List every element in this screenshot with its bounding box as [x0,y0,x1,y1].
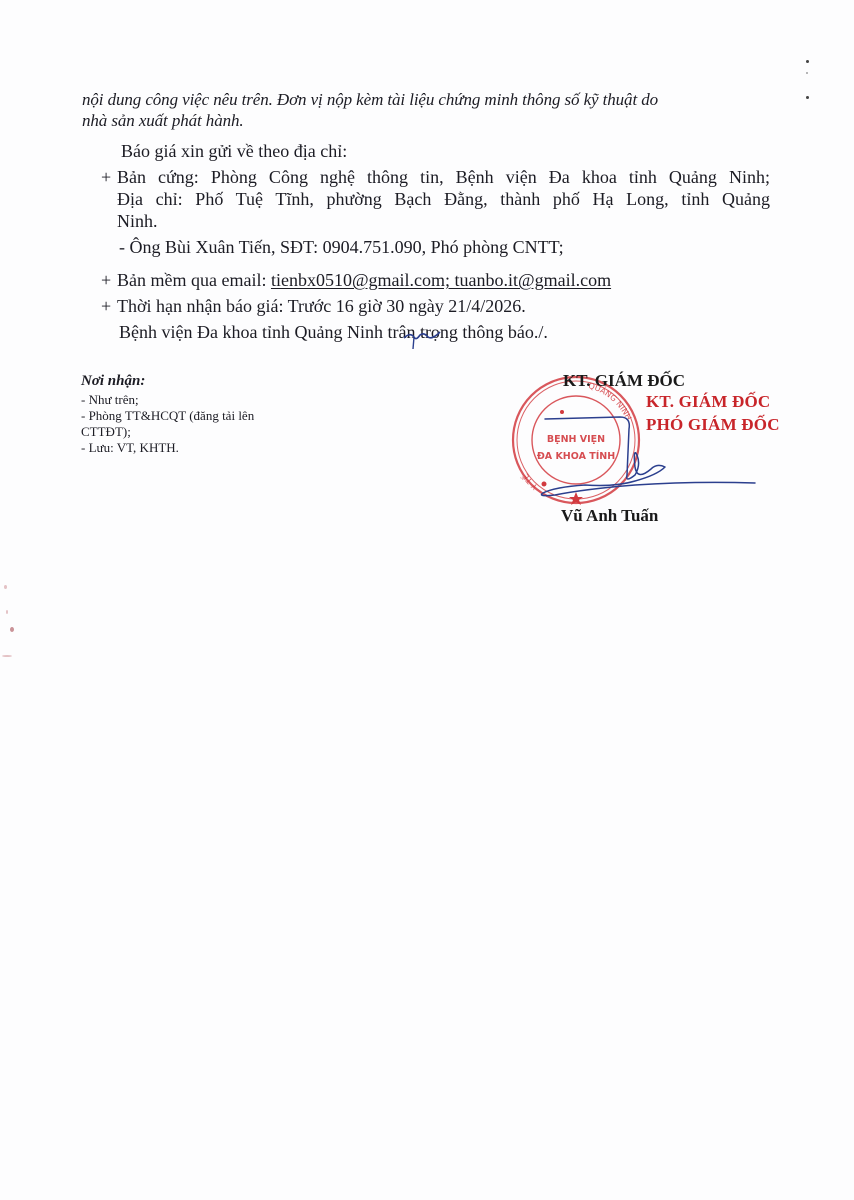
recipient-item: - Phòng TT&HCQT (đăng tải lên [81,408,311,424]
email-links[interactable]: tienbx0510@gmail.com; tuanbo.it@gmail.co… [271,270,611,290]
hard-copy-address: Bản cứng: Phòng Công nghệ thông tin, Bện… [117,166,770,232]
scan-speck [806,60,809,63]
soft-copy-line: Bản mềm qua email: tienbx0510@gmail.com;… [117,269,611,291]
recipient-item: - Lưu: VT, KHTH. [81,440,311,456]
intro-paragraph: nội dung công việc nêu trên. Đơn vị nộp … [82,89,782,131]
recipient-item: CTTĐT); [81,424,311,440]
hard-copy-line-2: Địa chỉ: Phố Tuệ Tĩnh, phường Bạch Đằng,… [117,188,770,210]
contact-person: - Ông Bùi Xuân Tiến, SĐT: 0904.751.090, … [119,236,564,258]
intro-line-2: nhà sản xuất phát hành. [82,110,782,131]
hard-copy-line-3: Ninh. [117,210,770,232]
closing-text: Bệnh viện Đa khoa tỉnh Quảng Ninh trân t… [119,321,548,343]
scan-speck [2,655,12,657]
intro-line-1: nội dung công việc nêu trên. Đơn vị nộp … [82,89,782,110]
scan-speck [806,96,809,99]
recipients-title: Nơi nhận: [81,373,145,390]
deadline-text: Thời hạn nhận báo giá: Trước 16 giờ 30 n… [117,295,526,317]
handwritten-signature-icon [525,405,765,500]
bullet-plus-icon: + [101,269,111,291]
soft-copy-label: Bản mềm qua email: [117,270,271,290]
signer-name: Vũ Anh Tuấn [561,506,658,526]
scan-speck [4,585,7,589]
scan-speck [806,72,808,74]
scan-speck [10,627,14,632]
initials-scribble-icon [402,328,442,350]
hard-copy-line-1: Bản cứng: Phòng Công nghệ thông tin, Bện… [117,166,770,188]
signature-title-printed: KT. GIÁM ĐỐC [563,371,685,391]
bullet-plus-icon: + [101,166,111,188]
address-heading: Báo giá xin gửi về theo địa chỉ: [121,140,347,162]
recipients-list: - Như trên; - Phòng TT&HCQT (đăng tải lê… [81,392,311,456]
recipient-item: - Như trên; [81,392,311,408]
scan-speck [6,610,8,614]
bullet-plus-icon: + [101,295,111,317]
